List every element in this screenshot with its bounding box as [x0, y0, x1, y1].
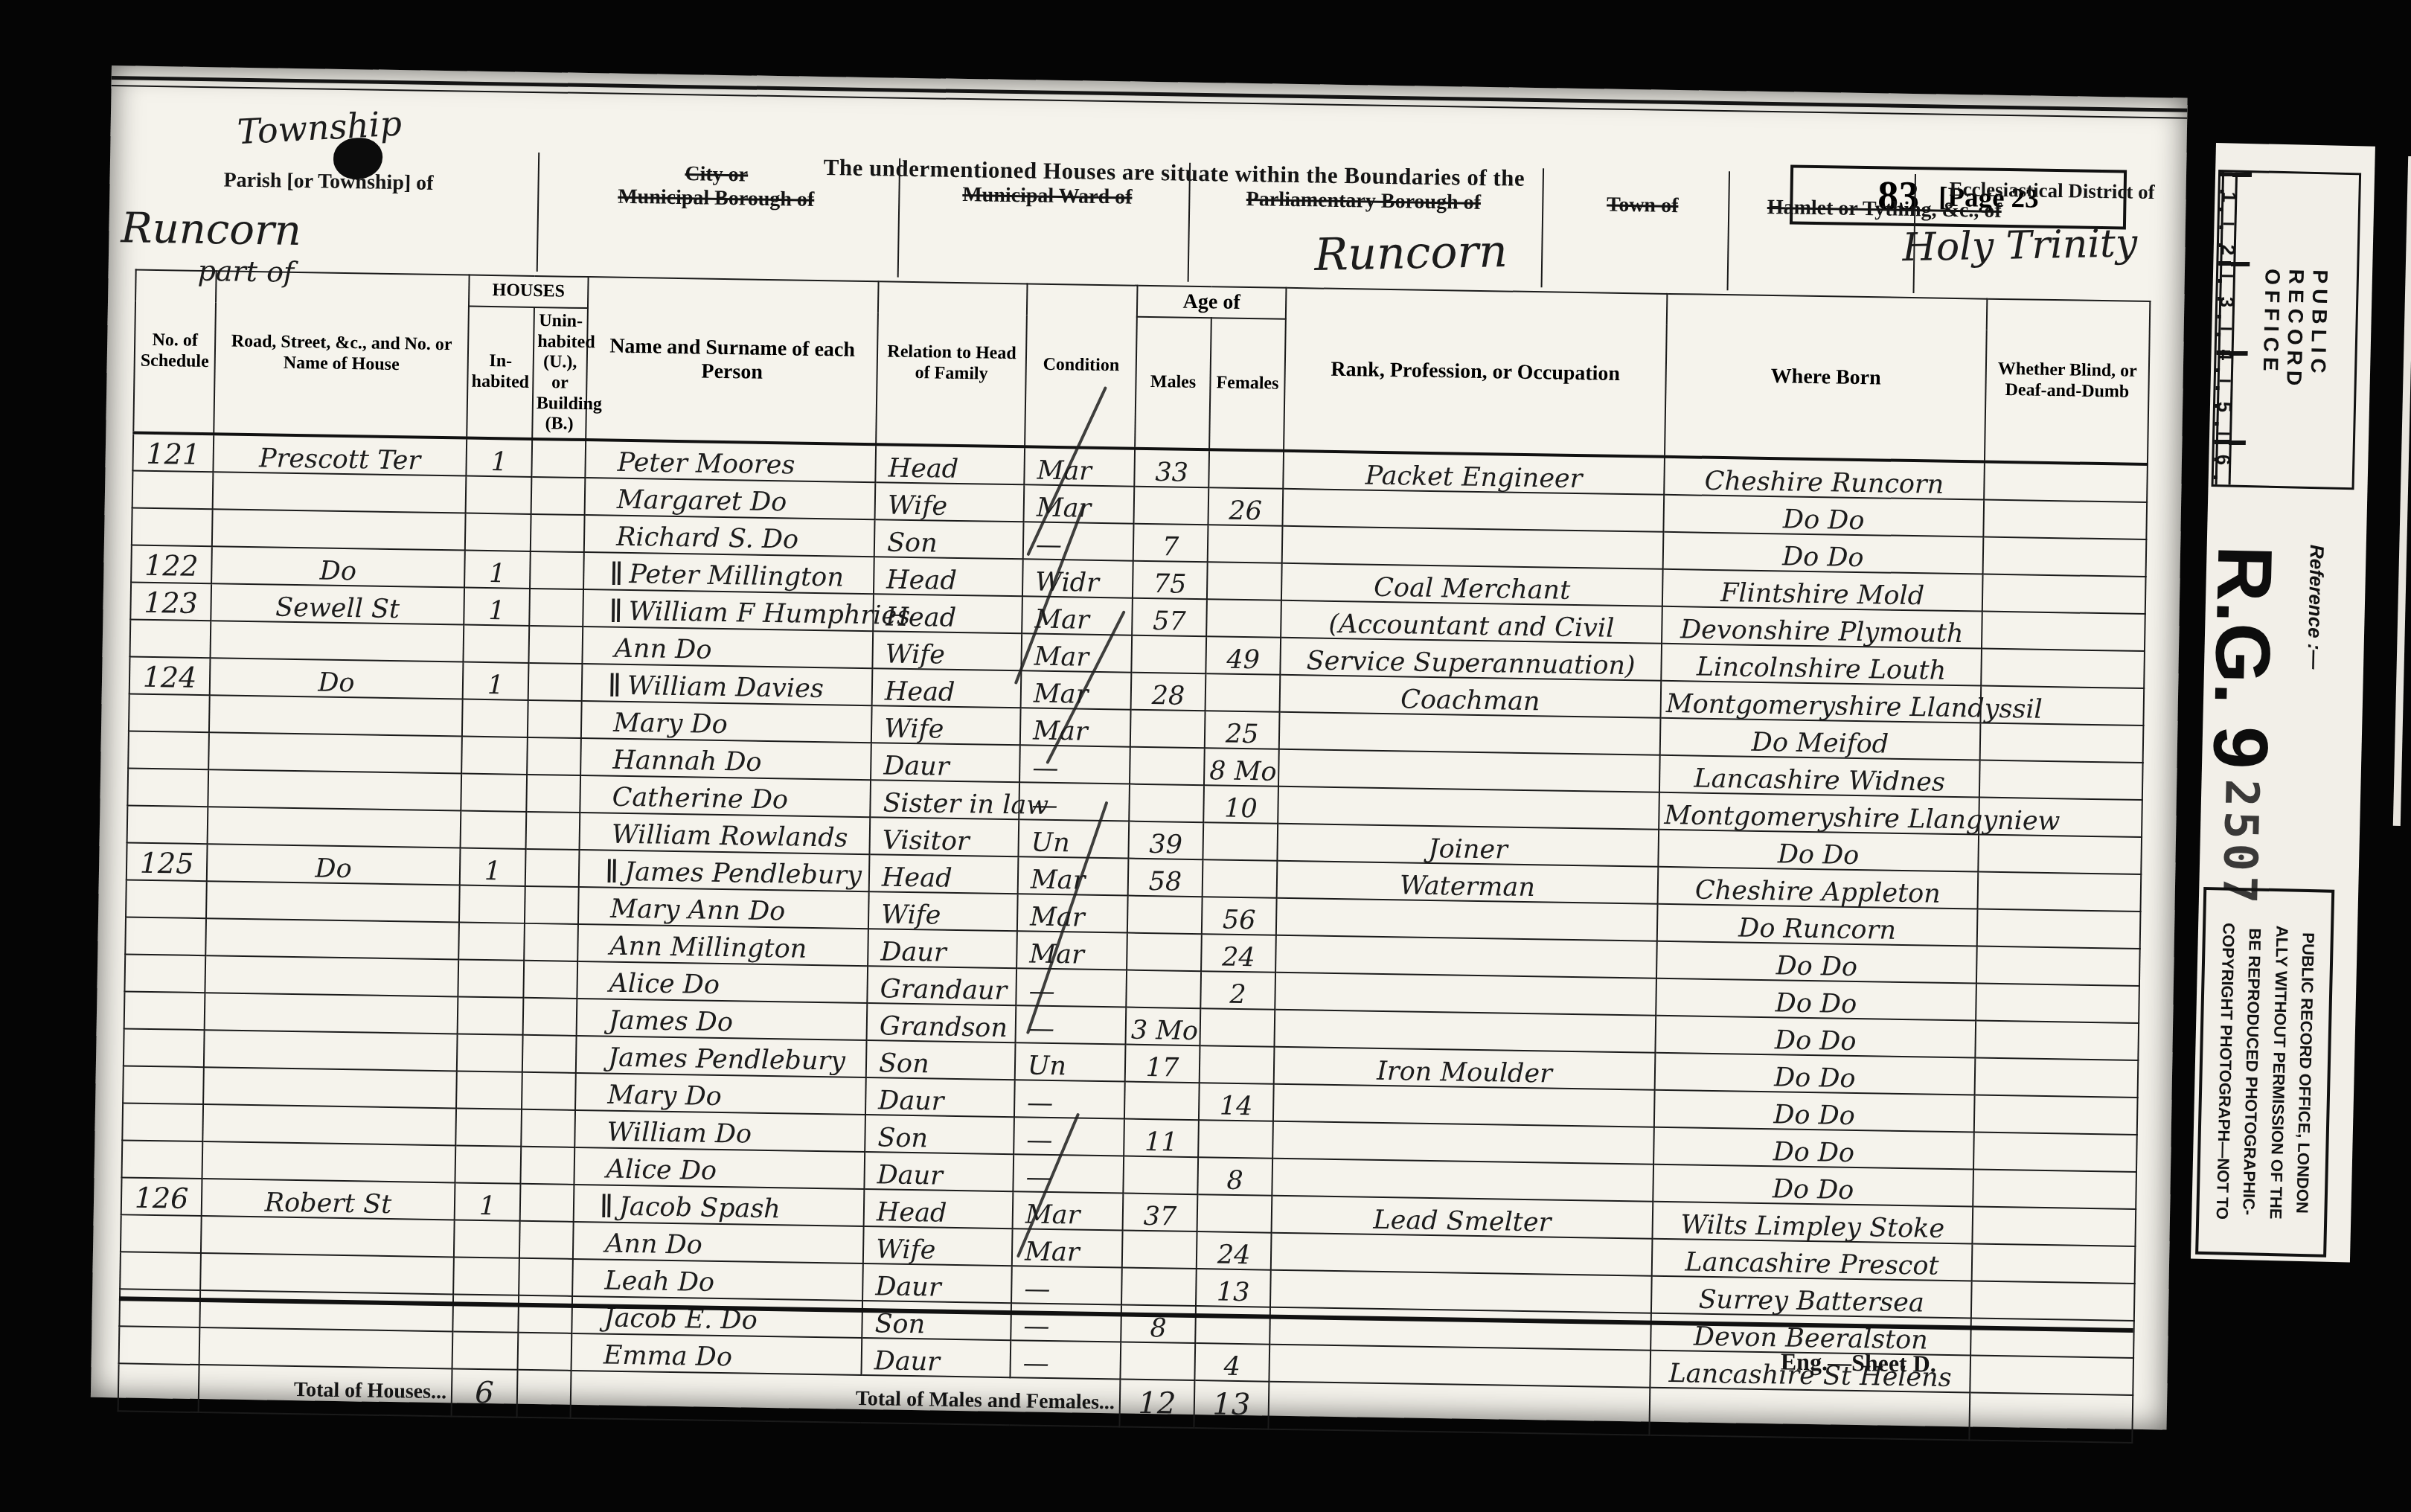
census-sheet: The undermentioned Houses are situate wi… — [91, 65, 2188, 1430]
reference-label: Reference :— — [2302, 544, 2328, 669]
col-header-houses-group: HOUSES — [469, 275, 589, 309]
scale-number: 4 — [2214, 349, 2237, 360]
parliamentary-field-label: Parliamentary Borough of — [1203, 187, 1523, 216]
town-field-label: Town of — [1560, 193, 1724, 219]
office-label: PUBLIC RECORD OFFICE — [2258, 269, 2332, 391]
col-header-condition: Condition — [1025, 283, 1137, 448]
ecclesiastical-field-label: Ecclesiastical District of — [1925, 177, 2178, 204]
col-header-schedule: No. of Schedule — [133, 270, 216, 434]
scale-number: 3 — [2215, 297, 2238, 308]
top-rule — [112, 76, 2188, 112]
city-borough-field-label: City or Municipal Borough of — [548, 160, 884, 213]
col-header-females: Females — [1209, 318, 1286, 450]
col-header-uninhabited: Unin-habited (U.), or Building (B.) — [532, 307, 588, 440]
census-scan-page: { "page": { "note": "The undermentioned … — [0, 0, 2411, 1512]
sheet-footer: Eng.—Sheet D. — [1781, 1348, 1936, 1377]
total-persons-label: Total of Males and Females... — [571, 1371, 1121, 1427]
col-header-name: Name and Surname of each Person — [586, 277, 878, 444]
col-header-relation: Relation to Head of Family — [876, 281, 1027, 446]
census-table: No. of Schedule Road, Street, &c., and N… — [118, 269, 2151, 1444]
scale-number: 6 — [2212, 454, 2235, 465]
reference-label-box: Reference :— — [2291, 510, 2340, 704]
total-females-value: 13 — [1194, 1380, 1269, 1429]
parish-field-label: Parish [or Township] of — [127, 167, 529, 196]
top-rule-2 — [112, 85, 2188, 119]
ward-field-label: Municipal Ward of — [913, 182, 1181, 211]
scale-number: 5 — [2213, 402, 2236, 413]
col-header-road: Road, Street, &c., and No. or Name of Ho… — [214, 271, 469, 438]
copyright-notice-box: COPYRIGHT PHOTOGRAPH—NOT TOBE REPRODUCED… — [2195, 887, 2334, 1258]
scale-box: 123456 PUBLIC RECORD OFFICE — [2212, 170, 2362, 490]
pro-reference-strip: 123456 PUBLIC RECORD OFFICE Reference :—… — [2191, 143, 2375, 1262]
col-header-born: Where Born — [1665, 294, 1987, 461]
scan-edge-sliver — [2393, 156, 2411, 826]
field-divider — [1727, 171, 1731, 290]
scale-number: 2 — [2217, 244, 2240, 255]
field-divider — [537, 153, 540, 272]
ruler-ticks-icon — [2214, 172, 2225, 484]
town-handwritten-value: Runcorn — [1314, 225, 1508, 281]
total-houses-value: 6 — [452, 1368, 518, 1417]
col-header-males: Males — [1135, 317, 1211, 449]
col-header-inhabited: In-habited — [467, 307, 534, 439]
col-header-infirm: Whether Blind, or Deaf-and-Dumb — [1985, 299, 2150, 464]
total-males-value: 12 — [1119, 1379, 1194, 1428]
series-number: R.G. 9 — [2194, 544, 2288, 769]
col-header-age-group: Age of — [1137, 286, 1287, 319]
total-houses-label: Total of Houses... — [199, 1365, 452, 1416]
col-header-rank: Rank, Profession, or Occupation — [1284, 288, 1667, 457]
ecclesiastical-handwritten-value: Holy Trinity — [1902, 221, 2138, 270]
parish-handwritten-value: Runcorn — [121, 204, 301, 255]
scale-number: 1 — [2218, 192, 2241, 203]
